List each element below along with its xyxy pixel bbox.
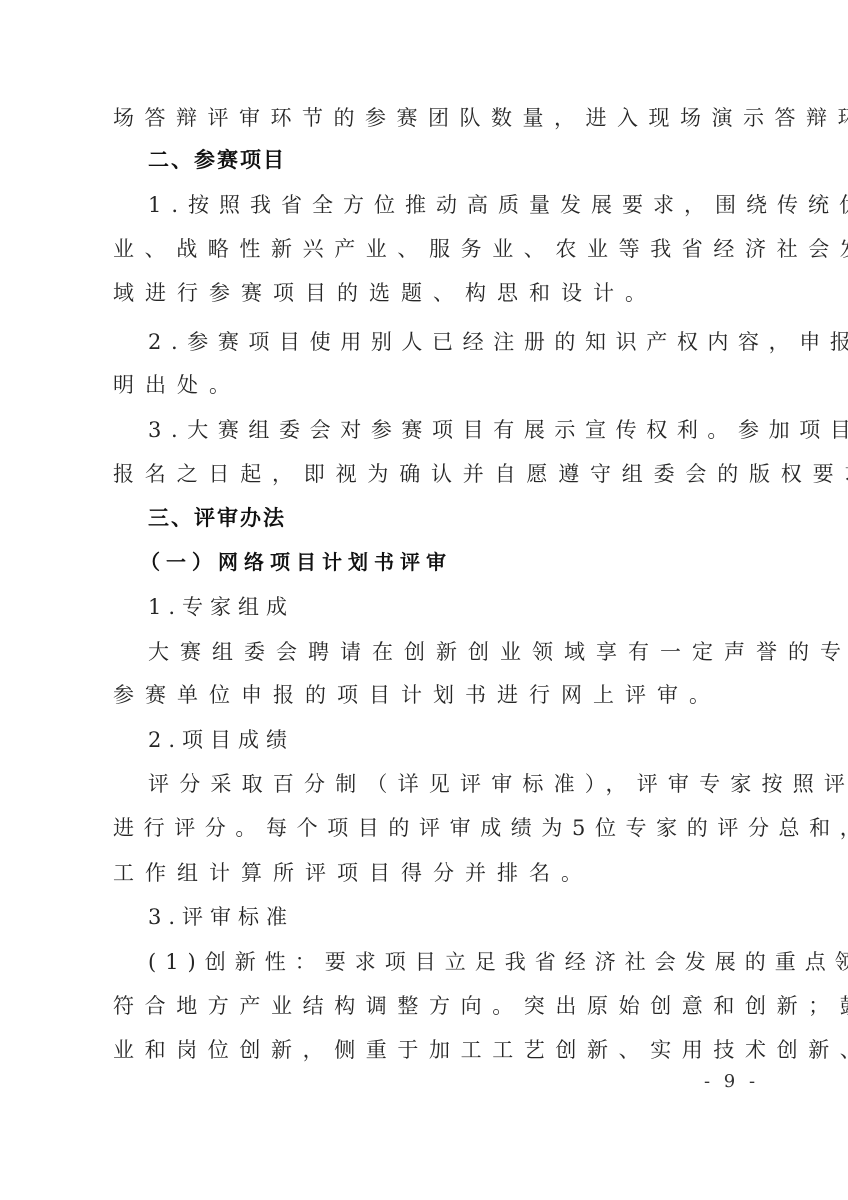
- section-heading-review-methods: 三、评审办法: [148, 496, 788, 540]
- subsection-heading-online-plan-review: （一）网络项目计划书评审: [140, 540, 780, 584]
- item-heading-review-criteria: 3.评审标准: [148, 895, 788, 939]
- paragraph-line: 业和岗位创新，侧重于加工工艺创新、实用技术创新、产品或技: [113, 1028, 753, 1072]
- paragraph-line: (1)创新性：要求项目立足我省经济社会发展的重点领域，: [148, 940, 788, 984]
- paragraph-line: 明出处。: [113, 363, 753, 407]
- paragraph-line: 大赛组委会聘请在创新创业领域享有一定声誉的专家对各: [148, 630, 788, 674]
- item-heading-expert-composition: 1.专家组成: [148, 585, 788, 629]
- document-page: 场答辩评审环节的参赛团队数量，进入现场演示答辩环节。 二、参赛项目 1.按照我省…: [0, 0, 848, 1200]
- paragraph-line: 参赛单位申报的项目计划书进行网上评审。: [113, 673, 753, 717]
- paragraph-line: 评分采取百分制（详见评审标准），评审专家按照评审标准: [148, 762, 788, 806]
- paragraph-line: 进行评分。每个项目的评审成绩为5位专家的评分总和，由大赛: [113, 806, 753, 850]
- paragraph-line: 3.大赛组委会对参赛项目有展示宣传权利。参加项目团队自: [148, 408, 788, 452]
- paragraph-line: 工作组计算所评项目得分并排名。: [113, 851, 753, 895]
- paragraph-line: 报名之日起，即视为确认并自愿遵守组委会的版权要求。: [113, 452, 753, 496]
- page-number: - 9 -: [704, 1071, 759, 1092]
- paragraph-line: 业、战略性新兴产业、服务业、农业等我省经济社会发展重点领: [113, 227, 753, 271]
- paragraph-line: 2.参赛项目使用别人已经注册的知识产权内容，申报时应注: [148, 320, 788, 364]
- paragraph-line: 域进行参赛项目的选题、构思和设计。: [113, 271, 753, 315]
- paragraph-line: 1.按照我省全方位推动高质量发展要求，围绕传统优势产: [148, 183, 788, 227]
- item-heading-project-score: 2.项目成绩: [148, 718, 788, 762]
- paragraph-line: 场答辩评审环节的参赛团队数量，进入现场演示答辩环节。: [113, 96, 753, 140]
- paragraph-line: 符合地方产业结构调整方向。突出原始创意和创新；鼓励面向职: [113, 984, 753, 1028]
- section-heading-participating-projects: 二、参赛项目: [148, 138, 788, 182]
